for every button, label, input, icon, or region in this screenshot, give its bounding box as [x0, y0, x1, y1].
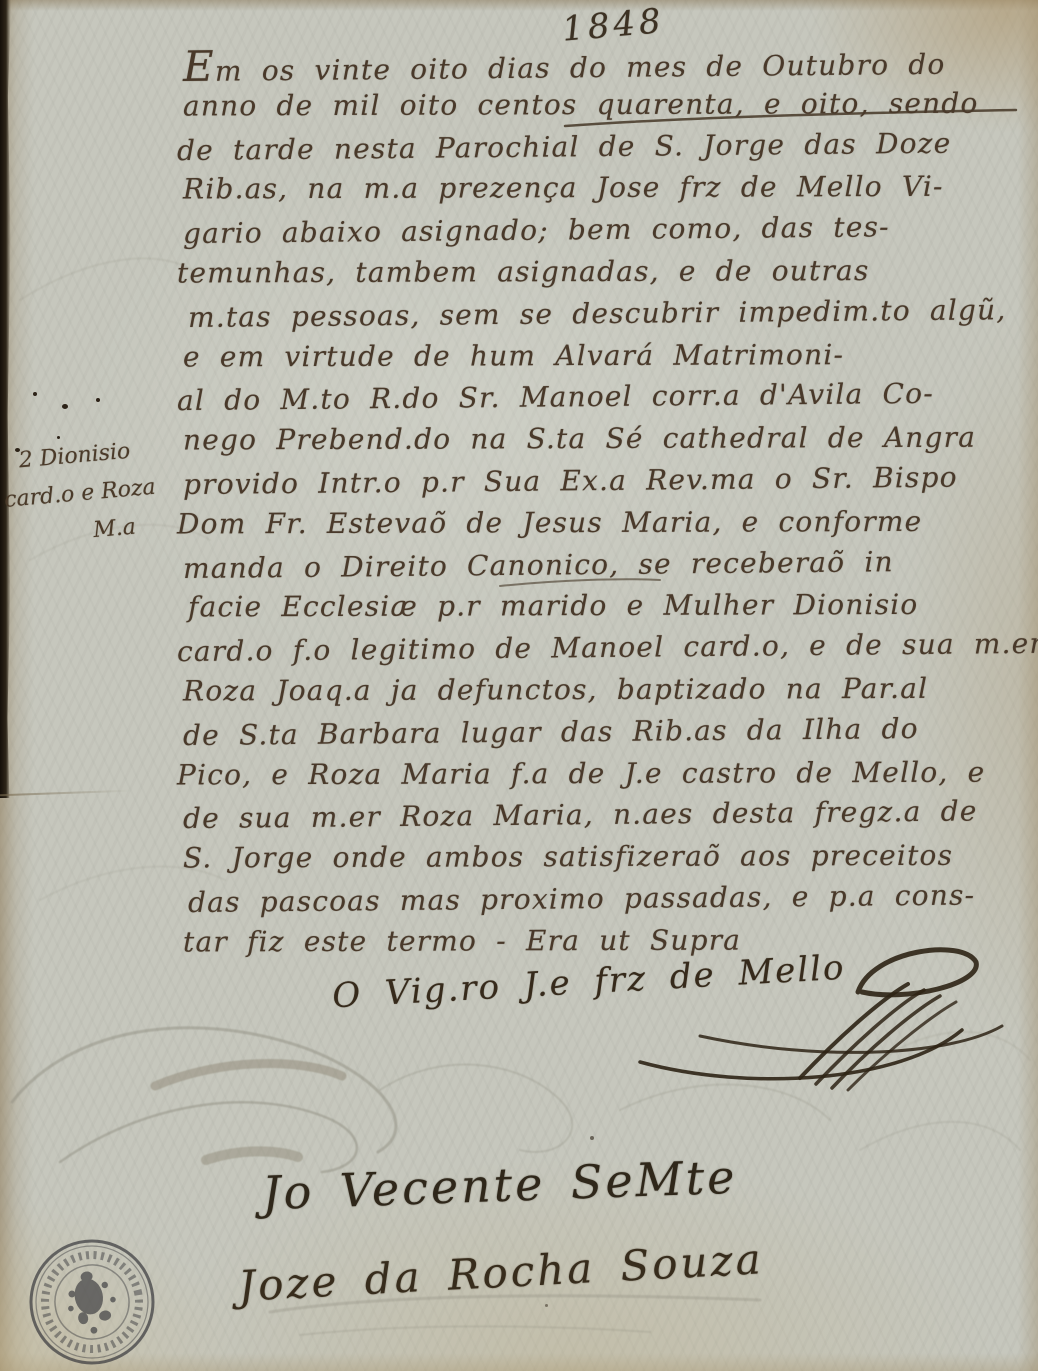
- record-line: Rib.as, na m.a prezença Jose frz de Mell…: [183, 166, 1029, 211]
- record-line: Pico, e Roza Maria f.a de J.e castro de …: [177, 751, 1029, 796]
- record-line: das pascoas mas proximo passadas, e p.a …: [188, 874, 1029, 924]
- record-text-block: Em os vinte oito dias do mes de Outubro …: [183, 42, 1029, 962]
- witness-signature-2: Joze da Rocha Souza: [237, 1234, 765, 1310]
- margin-note-line: M.a: [92, 504, 189, 550]
- ink-spot: [33, 392, 37, 396]
- ink-spot: [57, 436, 60, 439]
- record-line: Dom Fr. Estevaõ de Jesus Maria, e confor…: [177, 500, 1029, 545]
- record-line: Em os vinte oito dias do mes de Outubro …: [183, 38, 1029, 88]
- record-line: al do M.to R.do Sr. Manoel corr.a d'Avil…: [177, 372, 1029, 422]
- record-line: nego Prebend.do na S.ta Sé cathedral de …: [183, 417, 1029, 462]
- ink-spot: [590, 1136, 594, 1140]
- record-line: manda o Direito Canonico, se receberaõ i…: [183, 540, 1029, 590]
- margin-note-couple-names: 2 Dionisio card.o e Roza M.a: [0, 428, 189, 557]
- paper-crease-line: [0, 790, 130, 797]
- record-line: de sua m.er Roza Maria, n.aes desta freg…: [183, 790, 1029, 840]
- record-line: tar fiz este termo - Era ut Supra: [183, 918, 1029, 963]
- record-line: e em virtude de hum Alvará Matrimoni-: [183, 333, 1029, 378]
- archive-round-stamp-icon: [18, 1238, 174, 1371]
- record-line: temunhas, tambem asignadas, e de outras: [177, 249, 1029, 294]
- record-line: S. Jorge onde ambos satisfizeraõ aos pre…: [183, 835, 1029, 880]
- record-line: gario abaixo asignado; bem como, das tes…: [183, 205, 1029, 255]
- scanned-parish-record-page: 1848 Em os vinte oito dias do mes de Out…: [0, 0, 1038, 1371]
- record-line: Roza Joaq.a ja defunctos, baptizado na P…: [183, 667, 1029, 712]
- book-binding-edge: [0, 0, 11, 798]
- record-line: de S.ta Barbara lugar das Rib.as da Ilha…: [183, 707, 1029, 757]
- record-line: m.tas pessoas, sem se descubrir impedim.…: [188, 289, 1029, 339]
- record-line: de tarde nesta Parochial de S. Jorge das…: [177, 122, 1029, 172]
- record-line: facie Ecclesiæ p.r marido e Mulher Dioni…: [188, 584, 1029, 629]
- ink-spot: [15, 448, 20, 452]
- record-line: anno de mil oito centos quarenta, e oito…: [183, 82, 1029, 127]
- ink-spot: [545, 1304, 548, 1307]
- witness-signature-1: Jo Vecente SeMte: [261, 1150, 738, 1221]
- record-line: provido Intr.o p.r Sua Ex.a Rev.ma o Sr.…: [183, 456, 1029, 506]
- ink-spot: [62, 404, 68, 409]
- record-line: card.o f.o legitimo de Manoel card.o, e …: [177, 623, 1029, 673]
- ink-spot: [96, 398, 100, 402]
